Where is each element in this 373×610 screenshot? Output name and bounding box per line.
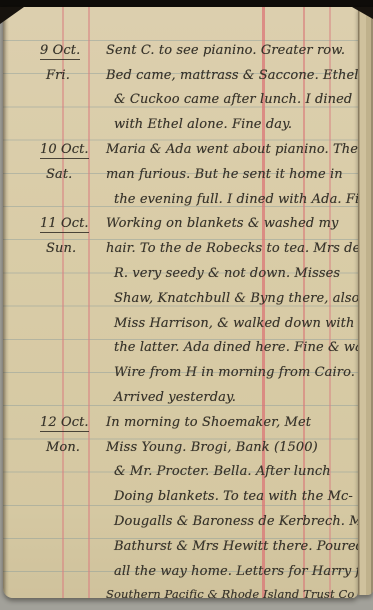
entry-date: 11 Oct. bbox=[40, 216, 106, 231]
entry-line: Bed came, mattrass & Saccone. Ethel bbox=[106, 68, 358, 83]
entry-day: Fri. bbox=[40, 68, 106, 83]
entry-line: R. very seedy & not down. Misses bbox=[106, 266, 358, 281]
entry-line: Sent C. to see pianino. Greater row. bbox=[106, 43, 358, 58]
diary-row: 12 Oct.In morning to Shoemaker, Met bbox=[40, 405, 358, 430]
entry-date: 9 Oct. bbox=[40, 43, 106, 58]
diary-row: Sun.hair. To the de Robecks to tea. Mrs … bbox=[40, 231, 358, 256]
diary-row: R. very seedy & not down. Misses bbox=[40, 256, 358, 281]
entry-date: 12 Oct. bbox=[40, 415, 106, 430]
entry-line: Shaw, Knatchbull & Byng there, also bbox=[106, 291, 358, 306]
entry-line: Miss Harrison, & walked down with bbox=[106, 316, 358, 331]
entry-day: Sun. bbox=[40, 241, 106, 256]
day-label: Sat. bbox=[40, 167, 72, 182]
diary-row: Mon.Miss Young. Brogi, Bank (1500) bbox=[40, 430, 358, 455]
entry-line: hair. To the de Robecks to tea. Mrs de bbox=[106, 241, 358, 256]
facing-page-edge bbox=[358, 7, 373, 595]
date-label: 11 Oct. bbox=[40, 216, 89, 233]
diary-row: 11 Oct.Working on blankets & washed my bbox=[40, 207, 358, 232]
diary-row: with Ethel alone. Fine day. bbox=[40, 107, 358, 132]
entry-day: Sat. bbox=[40, 167, 106, 182]
diary-row: Shaw, Knatchbull & Byng there, also bbox=[40, 281, 358, 306]
date-label: 12 Oct. bbox=[40, 415, 89, 432]
diary-row: the evening full. I dined with Ada. Fine bbox=[40, 182, 358, 207]
date-label: 10 Oct. bbox=[40, 142, 89, 159]
day-label: Mon. bbox=[40, 440, 80, 455]
diary-row: Wire from H in morning from Cairo. bbox=[40, 355, 358, 380]
date-label: 9 Oct. bbox=[40, 43, 80, 60]
entry-line: Doing blankets. To tea with the Mc- bbox=[106, 489, 358, 504]
entry-date: 10 Oct. bbox=[40, 142, 106, 157]
entry-line: Miss Young. Brogi, Bank (1500) bbox=[106, 440, 358, 455]
entry-line: Maria & Ada went about pianino. The bbox=[106, 142, 358, 157]
entry-line: with Ethel alone. Fine day. bbox=[106, 117, 358, 132]
entry-line: Working on blankets & washed my bbox=[106, 216, 358, 231]
diary-row: Miss Harrison, & walked down with bbox=[40, 306, 358, 331]
entry-line: In morning to Shoemaker, Met bbox=[106, 415, 358, 430]
diary-row: 10 Oct.Maria & Ada went about pianino. T… bbox=[40, 132, 358, 157]
entry-day: Mon. bbox=[40, 440, 106, 455]
entry-line: & Cuckoo came after lunch. I dined bbox=[106, 92, 358, 107]
entry-line: Southern Pacific & Rhode Island Trust Co… bbox=[106, 587, 358, 598]
entry-line: Wire from H in morning from Cairo. bbox=[106, 365, 358, 380]
entry-line: Dougalls & Baroness de Kerbrech. Miss bbox=[106, 514, 358, 529]
notebook-page: 9 Oct.Sent C. to see pianino. Greater ro… bbox=[3, 7, 358, 598]
diary-row: Doing blankets. To tea with the Mc- bbox=[40, 479, 358, 504]
entry-line: & Mr. Procter. Bella. After lunch bbox=[106, 464, 358, 479]
spine-shadow bbox=[3, 7, 9, 598]
diary-row: all the way home. Letters for Harry from bbox=[40, 554, 358, 579]
entry-line: the latter. Ada dined here. Fine & warm. bbox=[106, 340, 358, 355]
entry-line: the evening full. I dined with Ada. Fine bbox=[106, 192, 358, 207]
diary-row: Bathurst & Mrs Hewitt there. Poured bbox=[40, 529, 358, 554]
day-label: Sun. bbox=[40, 241, 76, 256]
entry-line: man furious. But he sent it home in bbox=[106, 167, 358, 182]
diary-row: Dougalls & Baroness de Kerbrech. Miss bbox=[40, 504, 358, 529]
day-label: Fri. bbox=[40, 68, 70, 83]
entry-line: Bathurst & Mrs Hewitt there. Poured bbox=[106, 539, 358, 554]
diary-row: & Mr. Procter. Bella. After lunch bbox=[40, 455, 358, 480]
handwritten-entries: 9 Oct.Sent C. to see pianino. Greater ro… bbox=[40, 33, 358, 598]
diary-row: 9 Oct.Sent C. to see pianino. Greater ro… bbox=[40, 33, 358, 58]
diary-row: Sat.man furious. But he sent it home in bbox=[40, 157, 358, 182]
diary-photo: 9 Oct.Sent C. to see pianino. Greater ro… bbox=[0, 0, 373, 610]
entry-line: all the way home. Letters for Harry from bbox=[106, 564, 358, 579]
diary-row: Fri.Bed came, mattrass & Saccone. Ethel bbox=[40, 58, 358, 83]
entry-line: Arrived yesterday. bbox=[106, 390, 358, 405]
diary-row: Arrived yesterday. bbox=[40, 380, 358, 405]
diary-row: the latter. Ada dined here. Fine & warm. bbox=[40, 331, 358, 356]
diary-row: & Cuckoo came after lunch. I dined bbox=[40, 83, 358, 108]
diary-row: Southern Pacific & Rhode Island Trust Co… bbox=[40, 579, 358, 598]
